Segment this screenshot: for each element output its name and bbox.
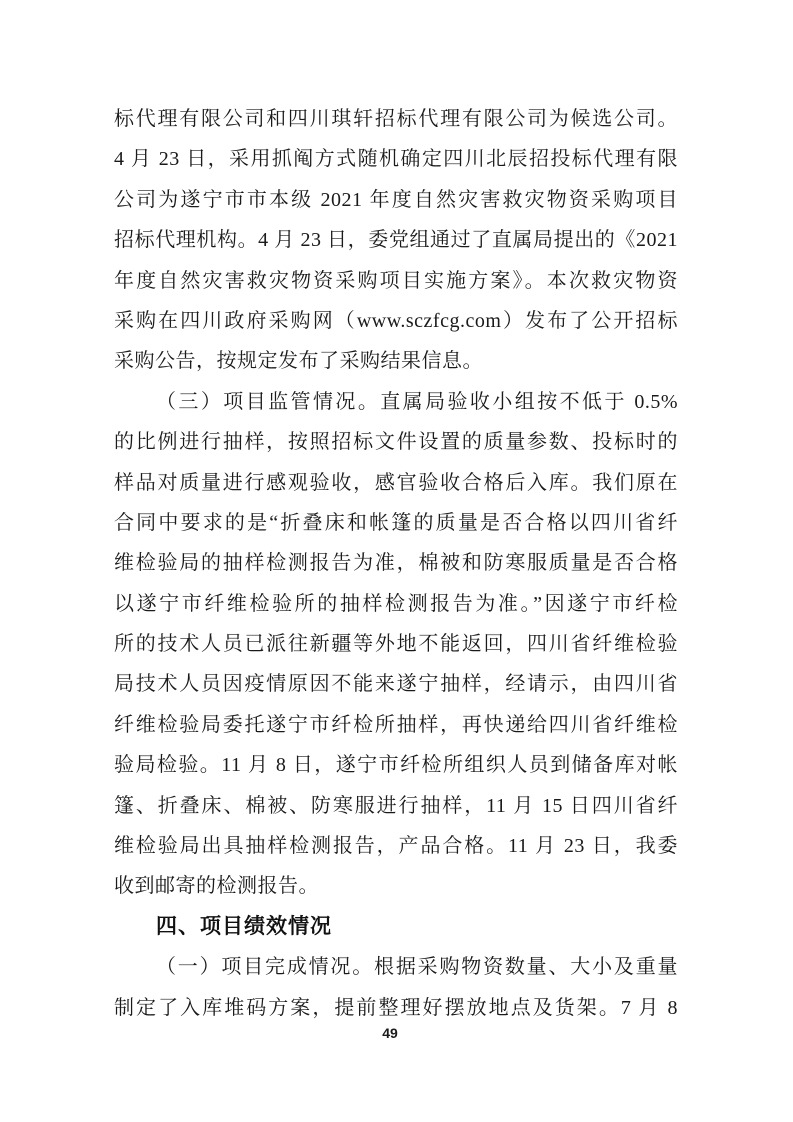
text-line: （一）项目完成情况。根据采购物资数量、大小及重量 — [114, 947, 678, 987]
text-line: 样品对质量进行感观验收，感官验收合格后入库。我们原在 — [114, 463, 678, 503]
text-line: 采购公告，按规定发布了采购结果信息。 — [114, 341, 678, 381]
text-line: 年度自然灾害救灾物资采购项目实施方案》。本次救灾物资 — [114, 261, 678, 301]
document-page: 标代理有限公司和四川琪轩招标代理有限公司为候选公司。4 月 23 日，采用抓阄方… — [0, 0, 793, 1122]
text-line: 纤维检验局委托遂宁市纤检所抽样，再快递给四川省纤维检 — [114, 705, 678, 745]
text-line: 维检验局的抽样检测报告为准，棉被和防寒服质量是否合格 — [114, 543, 678, 583]
text-line: 招标代理机构。4 月 23 日，委党组通过了直属局提出的《2021 — [114, 220, 678, 260]
text-line: 以遂宁市纤维检验所的抽样检测报告为准。”因遂宁市纤检 — [114, 584, 678, 624]
text-line: 标代理有限公司和四川琪轩招标代理有限公司为候选公司。 — [114, 99, 678, 139]
text-line: 公司为遂宁市市本级 2021 年度自然灾害救灾物资采购项目 — [114, 180, 678, 220]
text-line: 所的技术人员已派往新疆等外地不能返回，四川省纤维检验 — [114, 624, 678, 664]
text-line: 4 月 23 日，采用抓阄方式随机确定四川北辰招投标代理有限 — [114, 139, 678, 179]
section-heading: 四、项目绩效情况 — [114, 907, 678, 947]
page-number: 49 — [0, 1022, 780, 1044]
text-line: 维检验局出具抽样检测报告，产品合格。11 月 23 日，我委 — [114, 826, 678, 866]
text-line: 收到邮寄的检测报告。 — [114, 866, 678, 906]
text-line: 合同中要求的是“折叠床和帐篷的质量是否合格以四川省纤 — [114, 503, 678, 543]
text-line: 局技术人员因疫情原因不能来遂宁抽样，经请示，由四川省 — [114, 664, 678, 704]
text-line: 验局检验。11 月 8 日，遂宁市纤检所组织人员到储备库对帐 — [114, 745, 678, 785]
text-line: （三）项目监管情况。直属局验收小组按不低于 0.5% — [114, 382, 678, 422]
text-line: 篷、折叠床、棉被、防寒服进行抽样，11 月 15 日四川省纤 — [114, 786, 678, 826]
document-body: 标代理有限公司和四川琪轩招标代理有限公司为候选公司。4 月 23 日，采用抓阄方… — [114, 99, 678, 1028]
text-line: 的比例进行抽样，按照招标文件设置的质量参数、投标时的 — [114, 422, 678, 462]
text-line: 采购在四川政府采购网（www.sczfcg.com）发布了公开招标 — [114, 301, 678, 341]
